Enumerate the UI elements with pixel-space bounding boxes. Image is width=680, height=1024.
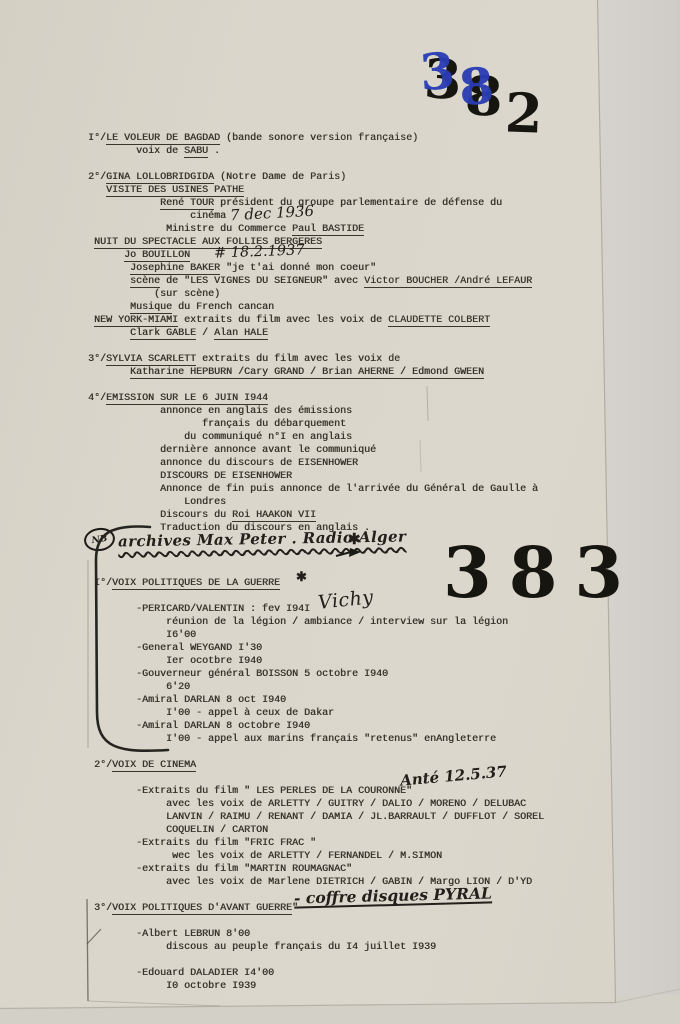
typed-text: I'00 - appel aux marins français "retenu… [166, 734, 496, 745]
typed-line: -Amiral DARLAN 8 octobre I940 [136, 721, 310, 733]
typed-line: wec les voix de ARLETTY / FERNANDEL / M.… [172, 851, 442, 863]
typed-text: COQUELIN / CARTON [166, 825, 268, 836]
typed-text: 6'20 [166, 682, 190, 693]
typed-line: 6'20 [166, 682, 190, 694]
typed-line: réunion de la légion / ambiance / interv… [166, 617, 508, 629]
typed-text: avec les voix de ARLETTY / GUITRY / DALI… [166, 799, 526, 810]
typed-line: 3°/VOIX POLITIQUES D'AVANT GUERRE" [94, 903, 298, 915]
typed-text: I'00 - appel à ceux de Dakar [166, 708, 334, 719]
scanned-archive-page: 382 38 383 I°/LE VOLEUR DE BAGDAD (bande… [0, 0, 680, 1024]
typed-text: wec les voix de ARLETTY / FERNANDEL / M.… [172, 851, 442, 862]
typed-text-underlined: VOIX DE CINEMA [112, 760, 196, 772]
typed-text: 2°/ [94, 760, 112, 771]
typed-text: -Amiral DARLAN 8 oct I940 [136, 695, 286, 706]
typed-line: -Albert LEBRUN 8'00 [136, 929, 250, 941]
typed-line: -extraits du film "MARTIN ROUMAGNAC" [136, 864, 352, 876]
handwritten-star-icon: ✱ [296, 570, 307, 585]
handwritten-date-bouillon: # 18.2.1937 [214, 242, 305, 261]
typed-line: Ier ocotbre I940 [166, 656, 262, 668]
typed-text: 3°/ [94, 903, 112, 914]
typed-line: -Gouverneur général BOISSON 5 octobre I9… [136, 669, 388, 681]
typed-line: I°/VOIX POLITIQUES DE LA GUERRE [94, 578, 280, 590]
typed-text-underlined: VOIX POLITIQUES DE LA GUERRE [112, 578, 280, 590]
typed-line: -Edouard DALADIER I4'00 [136, 968, 274, 980]
typed-text: -Albert LEBRUN 8'00 [136, 929, 250, 940]
typed-line: I'00 - appel à ceux de Dakar [166, 708, 334, 720]
typed-text: Ier ocotbre I940 [166, 656, 262, 667]
typed-text: LANVIN / RAIMU / RENANT / DAMIA / JL.BAR… [166, 812, 544, 823]
typed-line: -General WEYGAND I'30 [136, 643, 262, 655]
typed-text: -Amiral DARLAN 8 octobre I940 [136, 721, 310, 732]
typed-text: -Edouard DALADIER I4'00 [136, 968, 274, 979]
typed-text: I°/ [94, 578, 112, 589]
typed-line: 2°/VOIX DE CINEMA [94, 760, 196, 772]
typed-line: -Extraits du film " LES PERLES DE LA COU… [136, 786, 412, 798]
typed-text: -Extraits du film "FRIC FRAC " [136, 838, 316, 849]
typed-line: -PERICARD/VALENTIN : fev I94I [136, 604, 310, 616]
typed-text: discous au peuple français du I4 juillet… [166, 942, 436, 953]
typed-text: -General WEYGAND I'30 [136, 643, 262, 654]
typed-line: avec les voix de ARLETTY / GUITRY / DALI… [166, 799, 526, 811]
typed-line: -Extraits du film "FRIC FRAC " [136, 838, 316, 850]
typed-text: I6'00 [166, 630, 196, 641]
typed-line: -Amiral DARLAN 8 oct I940 [136, 695, 286, 707]
typed-text: -Gouverneur général BOISSON 5 octobre I9… [136, 669, 388, 680]
typed-text: I0 octobre I939 [166, 981, 256, 992]
typed-text: -extraits du film "MARTIN ROUMAGNAC" [136, 864, 352, 875]
typed-text-underlined: VOIX POLITIQUES D'AVANT GUERRE [112, 903, 292, 915]
typed-line: LANVIN / RAIMU / RENANT / DAMIA / JL.BAR… [166, 812, 544, 824]
typed-line: discous au peuple français du I4 juillet… [166, 942, 436, 954]
typed-line: I0 octobre I939 [166, 981, 256, 993]
typed-line: I6'00 [166, 630, 196, 642]
typed-text: réunion de la légion / ambiance / interv… [166, 617, 508, 628]
typed-text: -Extraits du film " LES PERLES DE LA COU… [136, 786, 412, 797]
typed-text: -PERICARD/VALENTIN : fev I94I [136, 604, 310, 615]
typed-line: COQUELIN / CARTON [166, 825, 268, 837]
handwritten-star-icon: ✱ [348, 530, 361, 548]
typed-line: I'00 - appel aux marins français "retenu… [166, 734, 496, 746]
typed-section-page-383: I°/VOIX POLITIQUES DE LA GUERRE-PERICARD… [0, 0, 680, 1024]
